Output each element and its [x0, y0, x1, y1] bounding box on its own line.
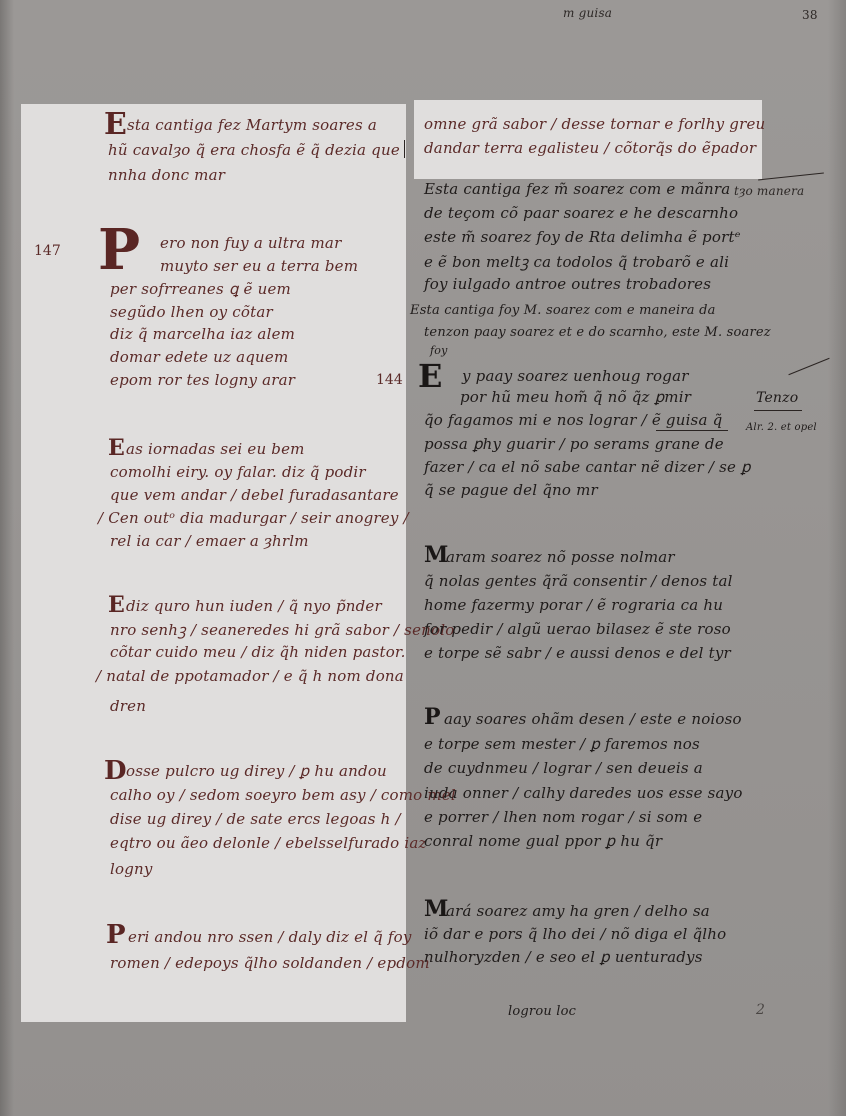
stanza-P-line-1: aay soares ohãm desen / este e noioso — [444, 710, 742, 728]
stanza-M-line-2: q̃ nolas gentes q̃rã consentir / denos t… — [424, 572, 733, 590]
poem-144-line-1: y paay soarez uenhoug rogar — [462, 367, 689, 385]
rubric-2-line-2: de teçom cõ paar soarez e he descarnho — [424, 204, 738, 222]
rubric-2-line-5: foy iulgado antroe outres trobadores — [424, 275, 711, 293]
margin-note-manera: tȝo manera — [734, 184, 804, 198]
stanza-4-line-1: osse pulcro ug direy / ꝑ hu andou — [126, 762, 387, 780]
initial-M-stanza-2: M — [424, 898, 448, 920]
header-note: m guisa — [563, 6, 612, 20]
stanza-P-line-4: iuda onner / calhy daredes uos esse sayo — [424, 784, 743, 802]
margin-number-144: 144 — [376, 372, 403, 388]
poem-144-line-6: q̃ se pague del q̃no mr — [424, 481, 598, 499]
tenzo-underline — [754, 410, 802, 411]
margin-sub-note: Alr. 2. et opel — [746, 422, 817, 433]
margin-label-tenzo: Tenzo — [756, 390, 798, 406]
poem-147-line-7: epom ror tes logny arar — [110, 371, 295, 389]
stanza-2-line-2: comolhi eiry. oy falar. diz q̃ podir — [110, 463, 366, 481]
stanza-4-line-3: dise ug direy / de sate ercs legoas h / — [110, 810, 401, 828]
rubric-2-line-4: e ẽ bon meltꝫ ca todolos q̃ trobarõ e al… — [424, 252, 729, 272]
poem-147-line-1: ero non fuy a ultra mar — [160, 234, 341, 252]
flourish-stroke — [758, 173, 824, 181]
stanza-M2-line-1: ará soarez amy ha gren / delho sa — [446, 902, 710, 920]
stanza-M-line-5: e torpe sẽ sabr / e aussi denos e del ty… — [424, 644, 731, 662]
stanza-3-line-5: dren — [110, 697, 146, 715]
flourish-stroke-tenzo — [788, 358, 829, 375]
stanza-P-line-6: conral nome gual ppor ꝑ hu q̃r — [424, 832, 662, 850]
continuation-line-1: omne grã sabor / desse tornar e forlhy g… — [424, 115, 765, 133]
stanza-M2-line-2: iõ dar e pors q̃ lho dei / nõ diga el q̃… — [424, 925, 726, 943]
stanza-3-line-2: nro senhꝫ / seaneredes hi grã sabor / se… — [110, 620, 454, 640]
stanza-3-line-4: / natal de ppotamador / e q̃ h nom dona — [96, 667, 404, 685]
stanza-2-line-4: / Cen outᵒ dia madurgar / seir anogrey / — [98, 509, 409, 527]
rubric-1-line-1: sta cantiga fez Martym soares a — [127, 116, 377, 134]
initial-E-rubric: E — [104, 110, 127, 140]
stanza-P-line-2: e torpe sem mester / ꝑ faremos nos — [424, 735, 700, 753]
later-hand-line-2: tenzon paay soarez et e do scarnho, este… — [424, 325, 771, 340]
stanza-M-line-3: home fazermy porar / ẽ rograria ca hu — [424, 596, 723, 614]
continuation-line-2: dandar terra egalisteu / cõtorq̃s do ẽpa… — [424, 139, 756, 157]
stanza-P-line-5: e porrer / lhen nom rogar / si som e — [424, 808, 702, 826]
later-hand-line-1: Esta cantiga foy M. soarez com e maneira… — [410, 303, 716, 318]
rubric-1-line-3: nnha donc mar — [108, 166, 225, 184]
stanza-4-line-4: eqtro ou ãeo delonle / ebelsselfurado ia… — [110, 834, 427, 852]
stanza-4-line-5: logny — [110, 860, 153, 878]
poem-147-line-6: domar edete uz aquem — [110, 348, 288, 366]
stanza-M-line-4: for pedir / algũ uerao bilasez ẽ ste ros… — [424, 620, 731, 638]
stanza-5-line-1: eri andou nro ssen / daly diz el q̃ foy — [128, 928, 412, 946]
initial-P-stanza-5: P — [106, 922, 126, 948]
corner-mark: 2 — [756, 1002, 765, 1018]
initial-D-stanza-4: D — [104, 758, 127, 784]
footer-note: logrou loc — [508, 1004, 576, 1019]
bracket-mark — [404, 140, 405, 158]
poem-144-line-3: q̃o fagamos mi e nos lograr / ẽ guisa q̃ — [424, 411, 722, 429]
stanza-M2-line-3: nulhoryzden / e seo el ꝑ uenturadys — [424, 948, 703, 966]
poem-144-line-5: fazer / ca el nõ sabe cantar nẽ dizer / … — [424, 458, 751, 476]
underline-stroke — [656, 430, 728, 431]
initial-E-poem-144: E — [418, 360, 442, 392]
initial-E-stanza-3: E — [108, 594, 125, 616]
stanza-P-line-3: de cuydnmeu / lograr / sen deueis a — [424, 759, 703, 777]
stanza-3-line-1: diz quro hun iuden / q̃ nyo p̃nder — [126, 597, 382, 615]
stanza-2-line-5: rel ia car / emaer a ȝhrlm — [110, 532, 309, 550]
stanza-4-line-2: calho oy / sedom soeyro bem asy / como m… — [110, 786, 456, 804]
poem-147-line-4: segũdo lhen oy cõtar — [110, 303, 273, 321]
folio-number: 38 — [802, 8, 818, 22]
poem-147-line-5: diz q̃ marcelha iaz alem — [110, 325, 295, 343]
initial-P-stanza: P — [424, 706, 441, 728]
initial-E-stanza-2: E — [108, 437, 125, 459]
stanza-3-line-3: cõtar cuido meu / diz q̃h niden pastor. — [110, 643, 406, 661]
later-hand-line-3: foy — [430, 344, 448, 357]
poem-147-line-2: muyto ser eu a terra bem — [160, 257, 358, 275]
stanza-M-line-1: aram soarez nõ posse nolmar — [446, 548, 675, 566]
initial-M-stanza: M — [424, 544, 448, 566]
stanza-2-line-3: que vem andar / debel furadasantare — [110, 486, 399, 504]
rubric-2-line-1: Esta cantiga fez m̃ soarez com e mãnra — [424, 180, 730, 198]
stanza-2-line-1: as iornadas sei eu bem — [126, 440, 305, 458]
initial-P-large: P — [98, 222, 140, 278]
rubric-2-line-3: este m̃ soarez foy de Rta delimha ẽ port… — [424, 228, 741, 246]
margin-number-147: 147 — [34, 243, 61, 259]
poem-144-line-4: possa ꝑhy guarir / po serams grane de — [424, 435, 724, 453]
stanza-5-line-2: romen / edepoys q̃lho soldanden / epdom — [110, 954, 430, 972]
rubric-1-line-2: hũ cavalȝo q̃ era chosfa ẽ q̃ dezia que — [108, 141, 400, 159]
poem-144-line-2: por hũ meu hom̃ q̃ nõ q̃z ꝑmir — [460, 388, 691, 406]
poem-147-line-3: per sofrreanes ꝗ ẽ uem — [110, 280, 291, 298]
